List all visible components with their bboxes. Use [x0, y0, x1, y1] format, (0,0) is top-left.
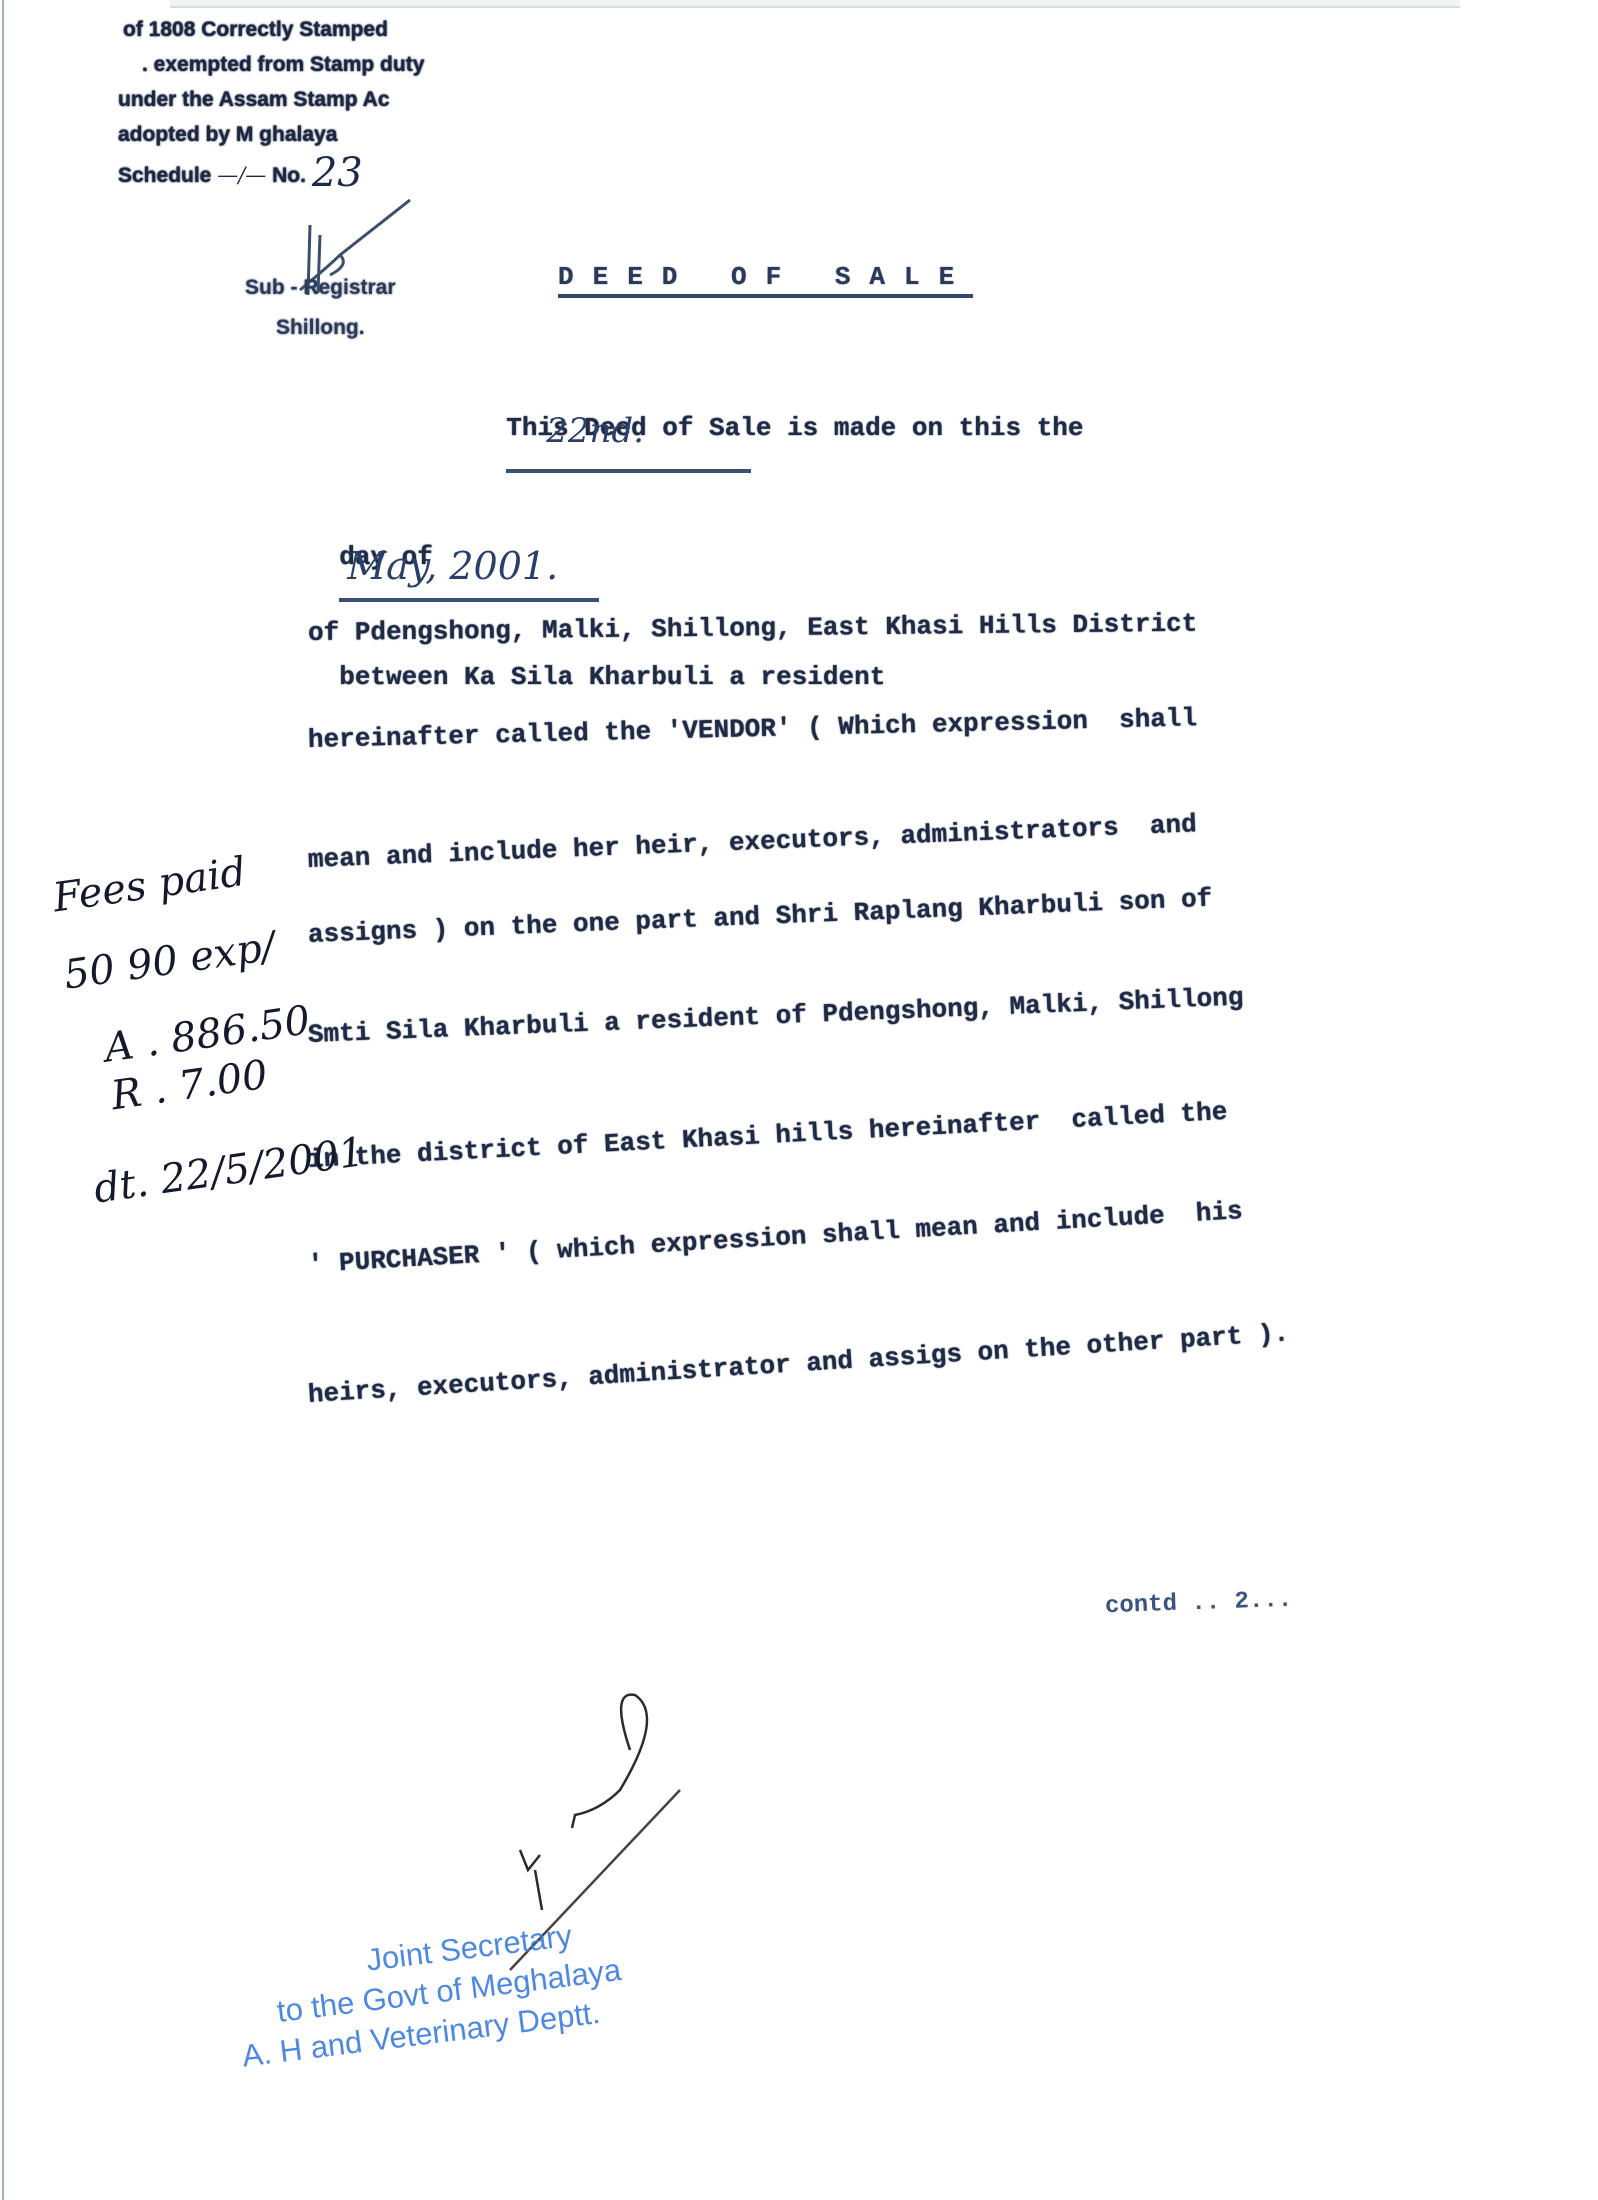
month-year-blank: May, 2001. — [339, 572, 599, 602]
stamp-duty-block: of 1808 Correctly Stamped . exempted fro… — [115, 12, 495, 193]
day-blank: 22nd. — [506, 443, 751, 473]
document-title: DEED OF SALE — [558, 262, 973, 298]
body-line-9: ' PURCHASER ' ( which expression shall m… — [307, 1196, 1243, 1280]
sub-registrar-block: Sub - Registrar Shillong. — [245, 268, 396, 348]
top-stamp-frame — [170, 0, 1460, 8]
month-year-fill: May, 2001. — [347, 544, 558, 588]
scan-edge — [2, 0, 4, 2200]
body-line-5: mean and include her heir, executors, ad… — [307, 809, 1197, 875]
body-line-10: heirs, executors, administrator and assi… — [307, 1318, 1290, 1410]
body-line-4: hereinafter called the 'VENDOR' ( Which … — [308, 703, 1198, 755]
stamp-line: adopted by M ghalaya — [115, 117, 495, 152]
fees-paid-note: Fees paid 50 90 exp/ A . 886.50 R . 7.00… — [48, 822, 369, 1228]
schedule-mark: —/— — [217, 163, 266, 187]
stamp-number: 23 — [312, 150, 363, 196]
body-line-1: This Deed of Sale is made on this the 22… — [475, 383, 1084, 533]
registrar-place: Shillong. — [245, 308, 396, 348]
continued-marker: contd .. 2... — [1105, 1587, 1293, 1621]
body-line-2: day of May, 2001. between Ka Sila Kharbu… — [308, 512, 885, 692]
stamp-no-label: No. — [272, 164, 306, 187]
stamp-line: . exempted from Stamp duty — [115, 47, 495, 82]
stamp-schedule-line: Schedule —/— No. 23 — [115, 152, 495, 193]
body-line-8: in the district of East Khasi hills here… — [307, 1097, 1228, 1175]
body-text: between Ka Sila Kharbuli a resident — [339, 662, 885, 692]
body-line-7: Smti Sila Kharbuli a resident of Pdengsh… — [307, 982, 1244, 1050]
joint-secretary-seal: Joint Secretary to the Govt of Meghalaya… — [250, 1910, 628, 2074]
registrar-title: Sub - Registrar — [245, 268, 396, 308]
day-fill: 22nd. — [546, 411, 644, 451]
body-line-6: assigns ) on the one part and Shri Rapla… — [307, 884, 1212, 950]
stamp-line: of 1808 Correctly Stamped — [115, 12, 495, 47]
stamp-schedule-label: Schedule — [118, 164, 211, 187]
stamp-line: under the Assam Stamp Ac — [115, 82, 495, 117]
